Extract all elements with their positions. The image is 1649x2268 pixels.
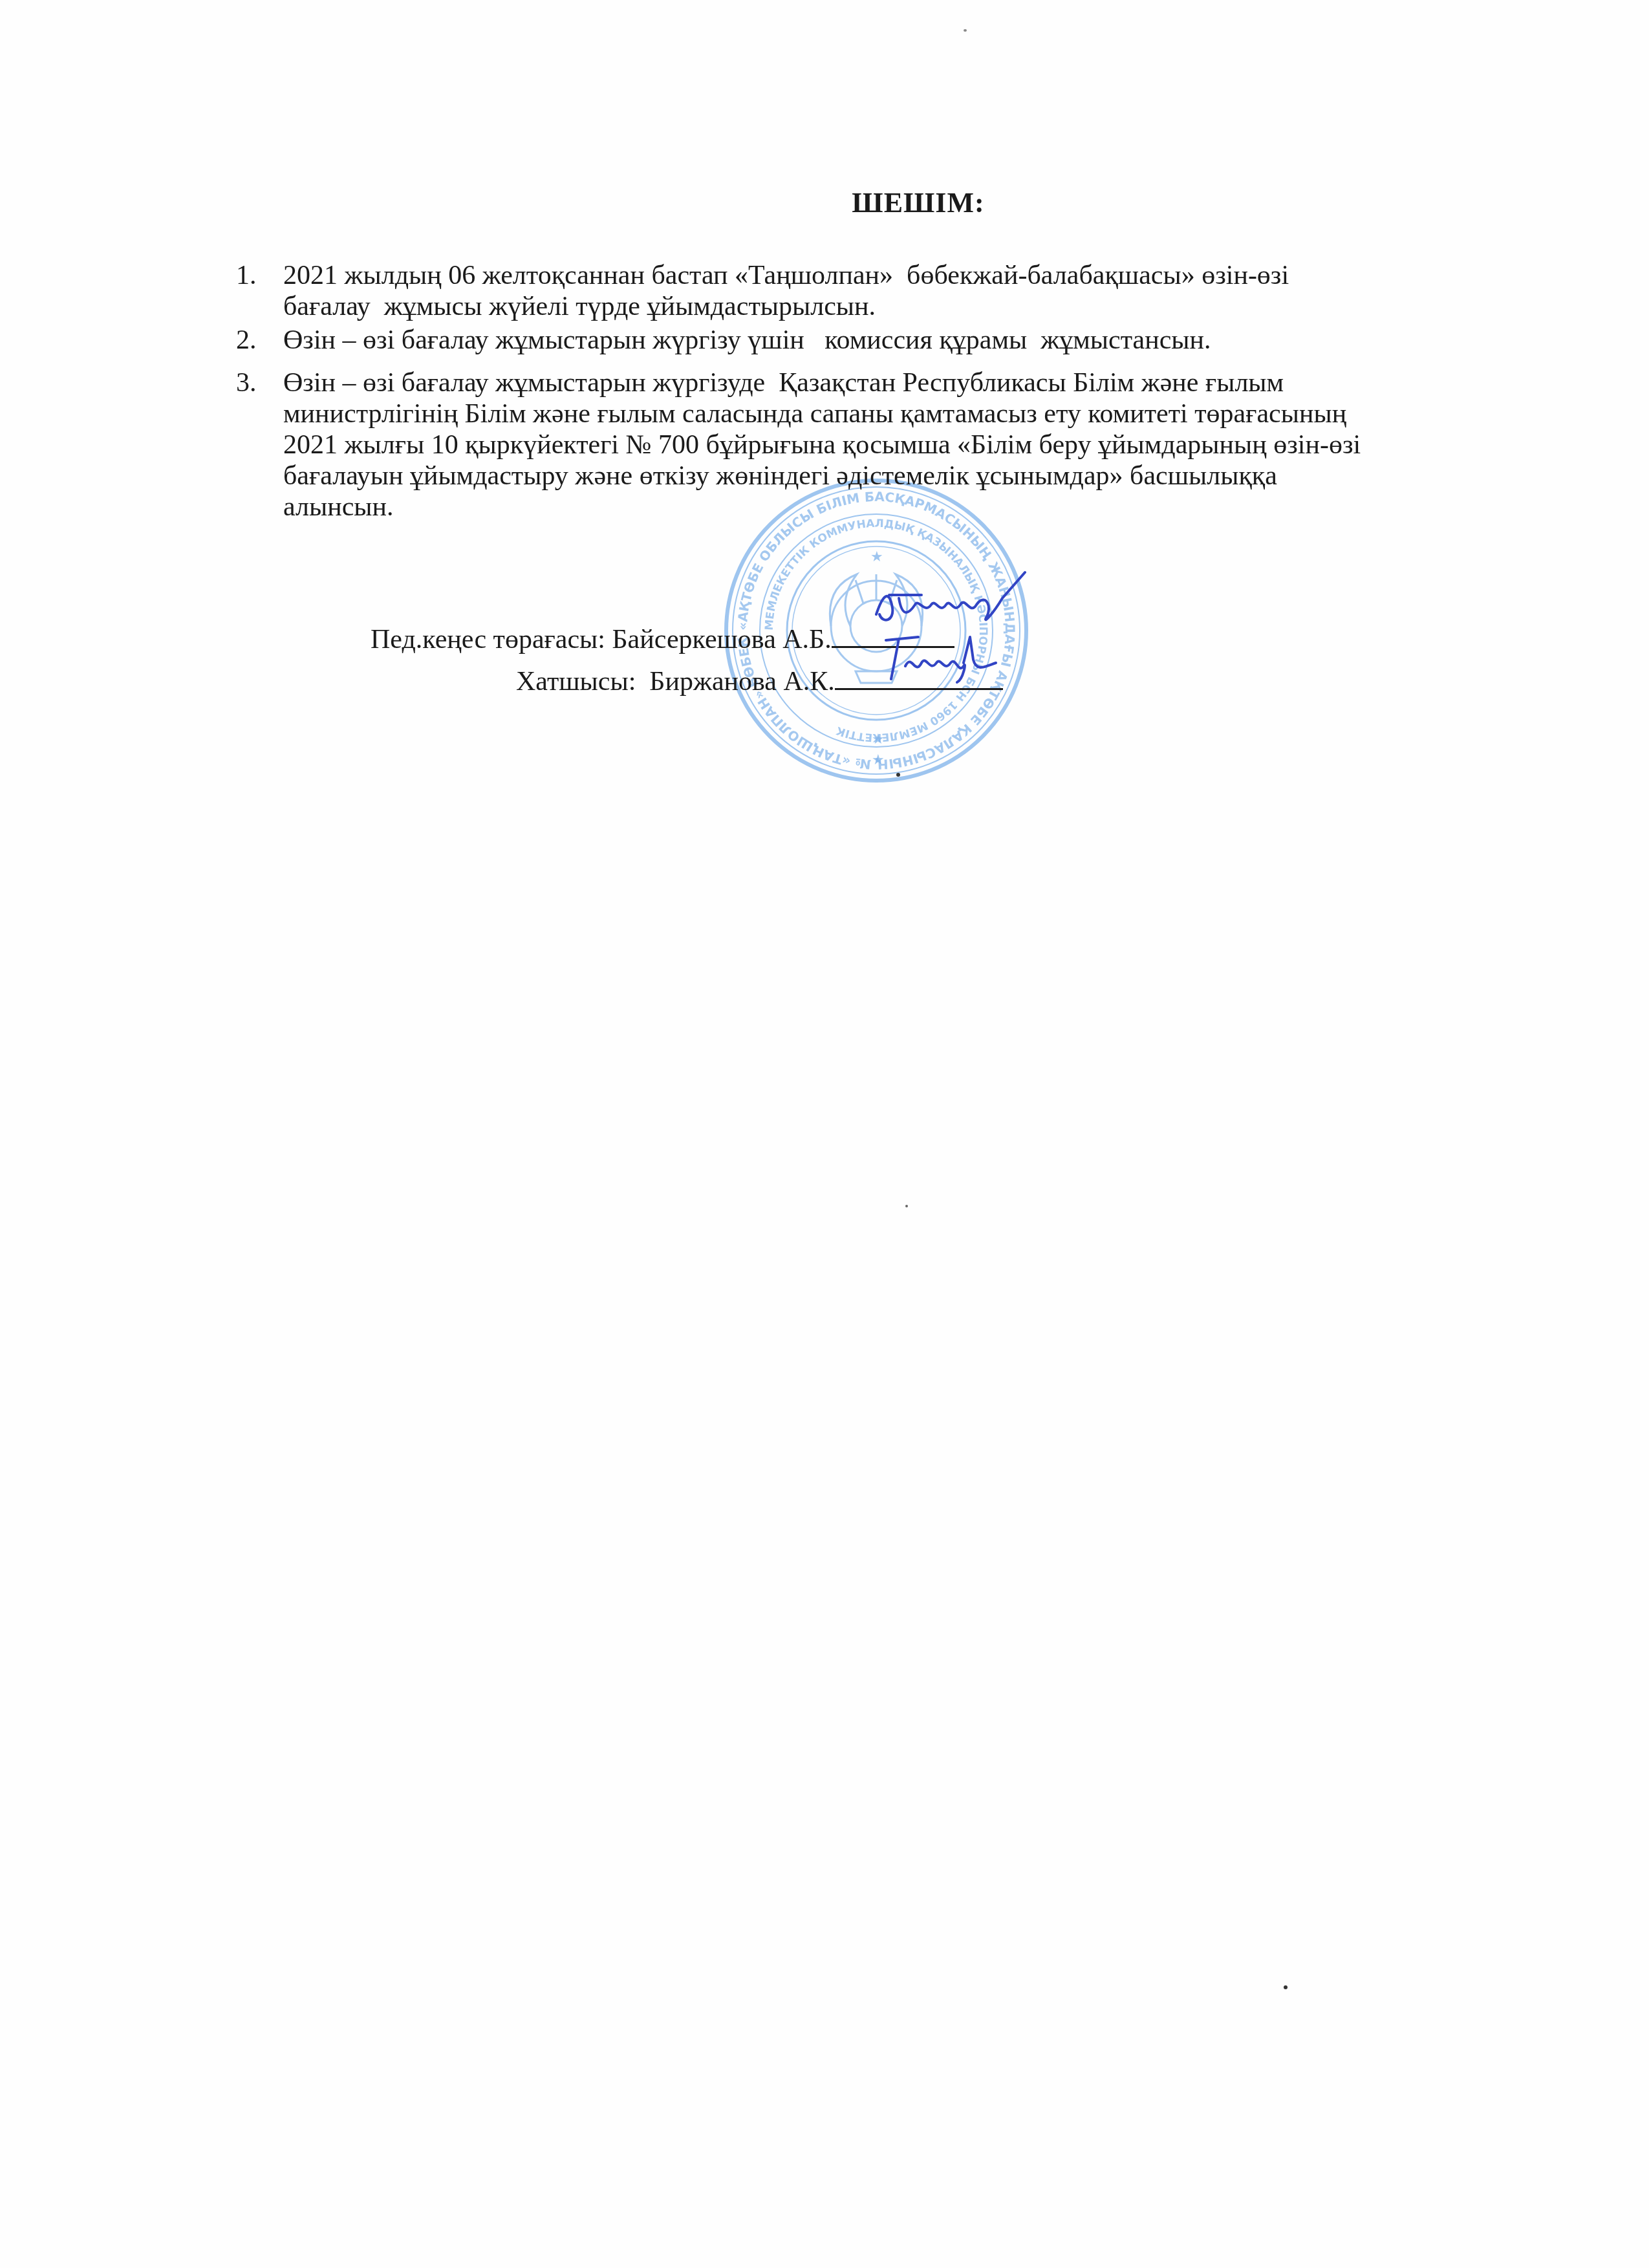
item-number: 1. <box>236 260 257 291</box>
item-text-line: бағалау жұмысы жүйелі түрде ұйымдастырыл… <box>283 291 1516 322</box>
scan-speck <box>905 1205 908 1207</box>
item-text-line: 2021 жылғы 10 қыркүйектегі № 700 бұйрығы… <box>283 429 1516 460</box>
item-text-line: министрлігінің Білім және ғылым саласынд… <box>283 398 1516 429</box>
scan-speck <box>964 29 967 32</box>
item-text-line: 2021 жылдың 06 желтоқсаннан бастап «Таңш… <box>283 260 1516 291</box>
svg-text:★: ★ <box>872 751 885 768</box>
svg-text:★: ★ <box>872 731 885 747</box>
item-number: 2. <box>236 325 257 356</box>
item-text-line: Өзін – өзі бағалау жұмыстарын жүргізуде … <box>283 367 1516 398</box>
item-text-line: алынсын. <box>283 491 1516 523</box>
scanned-document-page: ШЕШІМ: «АҚТӨБЕ ОБЛЫСЫ БІЛІМ БАСҚАРМАСЫНЫ… <box>0 0 1649 2268</box>
svg-text:★: ★ <box>870 548 883 565</box>
item-text-line: Өзін – өзі бағалау жұмыстарын жүргізу үш… <box>283 325 1516 356</box>
scan-speck <box>1284 1985 1288 1989</box>
item-number: 3. <box>236 367 257 398</box>
decision-item-1: 1. 2021 жылдың 06 желтоқсаннан бастап «Т… <box>236 260 1516 322</box>
secretary-label: Хатшысы: Биржанова А.К. <box>516 667 835 697</box>
document-title: ШЕШІМ: <box>0 186 1649 219</box>
item-text-line: бағалауын ұйымдастыру және өткізу жөнінд… <box>283 460 1516 491</box>
scan-speck <box>896 773 900 777</box>
secretary-signature-row: Хатшысы: Биржанова А.К. <box>475 635 1003 728</box>
decision-item-2: 2. Өзін – өзі бағалау жұмыстарын жүргізу… <box>236 325 1516 356</box>
secretary-signature-line <box>835 669 1003 690</box>
decision-list: 1. 2021 жылдың 06 желтоқсаннан бастап «Т… <box>236 260 1516 524</box>
decision-item-3: 3. Өзін – өзі бағалау жұмыстарын жүргізу… <box>236 367 1516 523</box>
